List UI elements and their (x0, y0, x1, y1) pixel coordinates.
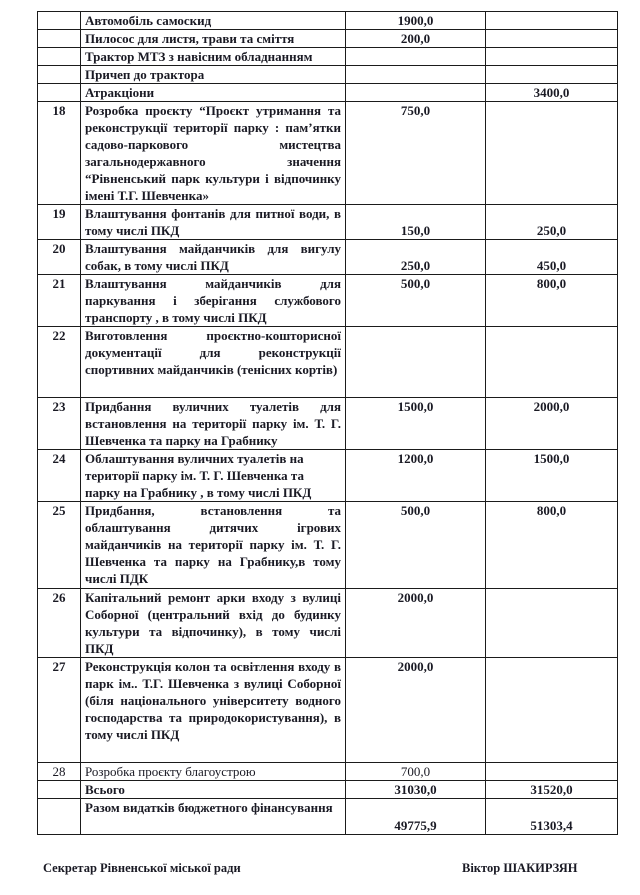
row-number: 25 (38, 502, 81, 589)
row-amount-1: 500,0 (346, 502, 486, 589)
row-amount-1 (346, 327, 486, 398)
table-row: Атракціони3400,0 (38, 84, 618, 102)
row-number (38, 30, 81, 48)
row-amount-2 (486, 66, 618, 84)
row-amount-1: 200,0 (346, 30, 486, 48)
row-amount-1: 750,0 (346, 102, 486, 205)
row-amount-2: 1500,0 (486, 450, 618, 502)
table-row: 23Придбання вуличних туалетів для встано… (38, 398, 618, 450)
total-number (38, 781, 81, 799)
row-number: 24 (38, 450, 81, 502)
table-row: 20Влаштування майданчиків для вигулу соб… (38, 240, 618, 275)
table-row: 26Капітальний ремонт арки входу з вулиці… (38, 589, 618, 658)
row-amount-2 (486, 102, 618, 205)
row-description: Виготовлення проєктно-кошторисної докуме… (81, 327, 346, 398)
row-amount-2: 3400,0 (486, 84, 618, 102)
row-description: Атракціони (81, 84, 346, 102)
signature-name: Віктор ШАКИРЗЯН (462, 861, 578, 876)
grand-total-amount-1: 49775,9 (346, 799, 486, 835)
row-number: 26 (38, 589, 81, 658)
row-amount-1 (346, 48, 486, 66)
row-number: 28 (38, 763, 81, 781)
row-amount-2 (486, 48, 618, 66)
row-description: Капітальний ремонт арки входу з вулиці С… (81, 589, 346, 658)
row-number (38, 66, 81, 84)
table-row: 22Виготовлення проєктно-кошторисної доку… (38, 327, 618, 398)
row-number: 23 (38, 398, 81, 450)
row-number: 19 (38, 205, 81, 240)
grand-total-label: Разом видатків бюджетного фінансування (81, 799, 346, 835)
grand-total-amount-2: 51303,4 (486, 799, 618, 835)
row-description: Влаштування майданчиків для вигулу собак… (81, 240, 346, 275)
row-amount-1: 2000,0 (346, 658, 486, 763)
table-row: 19Влаштування фонтанів для питної води, … (38, 205, 618, 240)
grand-total-row: Разом видатків бюджетного фінансування49… (38, 799, 618, 835)
table-row: 24Облаштування вуличних туалетів на тери… (38, 450, 618, 502)
row-description: Трактор МТЗ з навісним обладнанням (81, 48, 346, 66)
row-number (38, 84, 81, 102)
budget-table-body: Автомобіль самоскид1900,0Пилосос для лис… (38, 12, 618, 835)
row-amount-2 (486, 327, 618, 398)
row-description: Розробка проєкту благоустрою (81, 763, 346, 781)
row-number (38, 12, 81, 30)
grand-total-number (38, 799, 81, 835)
row-amount-1: 1500,0 (346, 398, 486, 450)
row-description: Облаштування вуличних туалетів на терито… (81, 450, 346, 502)
row-number (38, 48, 81, 66)
total-amount-2: 31520,0 (486, 781, 618, 799)
table-row: 21Влаштування майданчиків для паркування… (38, 275, 618, 327)
row-amount-2 (486, 658, 618, 763)
row-description: Реконструкція колон та освітлення входу … (81, 658, 346, 763)
row-description: Пилосос для листя, трави та сміття (81, 30, 346, 48)
budget-table: Автомобіль самоскид1900,0Пилосос для лис… (37, 11, 618, 835)
total-label: Всього (81, 781, 346, 799)
row-amount-1: 2000,0 (346, 589, 486, 658)
row-description: Автомобіль самоскид (81, 12, 346, 30)
row-amount-2: 800,0 (486, 502, 618, 589)
table-row: Пилосос для листя, трави та сміття200,0 (38, 30, 618, 48)
row-description: Придбання вуличних туалетів для встановл… (81, 398, 346, 450)
table-row: Автомобіль самоскид1900,0 (38, 12, 618, 30)
table-row: Причеп до трактора (38, 66, 618, 84)
table-row: 25Придбання, встановлення та облаштуванн… (38, 502, 618, 589)
row-number: 27 (38, 658, 81, 763)
table-row: 28Розробка проєкту благоустрою700,0 (38, 763, 618, 781)
row-amount-1 (346, 66, 486, 84)
row-amount-2: 250,0 (486, 205, 618, 240)
row-amount-2 (486, 589, 618, 658)
row-amount-1: 500,0 (346, 275, 486, 327)
total-amount-1: 31030,0 (346, 781, 486, 799)
table-row: Трактор МТЗ з навісним обладнанням (38, 48, 618, 66)
table-row: 27Реконструкція колон та освітлення вход… (38, 658, 618, 763)
row-amount-1: 1900,0 (346, 12, 486, 30)
row-description: Влаштування майданчиків для паркування і… (81, 275, 346, 327)
row-description: Влаштування фонтанів для питної води, в … (81, 205, 346, 240)
table-row: 18Розробка проєкту “Проєкт утримання та … (38, 102, 618, 205)
row-description: Причеп до трактора (81, 66, 346, 84)
row-amount-1: 250,0 (346, 240, 486, 275)
row-number: 21 (38, 275, 81, 327)
row-amount-2 (486, 30, 618, 48)
row-amount-1: 1200,0 (346, 450, 486, 502)
row-amount-2: 800,0 (486, 275, 618, 327)
row-amount-2 (486, 763, 618, 781)
row-description: Розробка проєкту “Проєкт утримання та ре… (81, 102, 346, 205)
row-number: 20 (38, 240, 81, 275)
row-amount-1 (346, 84, 486, 102)
row-description: Придбання, встановлення та облаштування … (81, 502, 346, 589)
row-amount-1: 150,0 (346, 205, 486, 240)
signature-position: Секретар Рівненської міської ради (43, 861, 241, 876)
row-amount-2: 2000,0 (486, 398, 618, 450)
row-amount-2 (486, 12, 618, 30)
total-row: Всього31030,031520,0 (38, 781, 618, 799)
row-amount-1: 700,0 (346, 763, 486, 781)
row-amount-2: 450,0 (486, 240, 618, 275)
row-number: 18 (38, 102, 81, 205)
row-number: 22 (38, 327, 81, 398)
